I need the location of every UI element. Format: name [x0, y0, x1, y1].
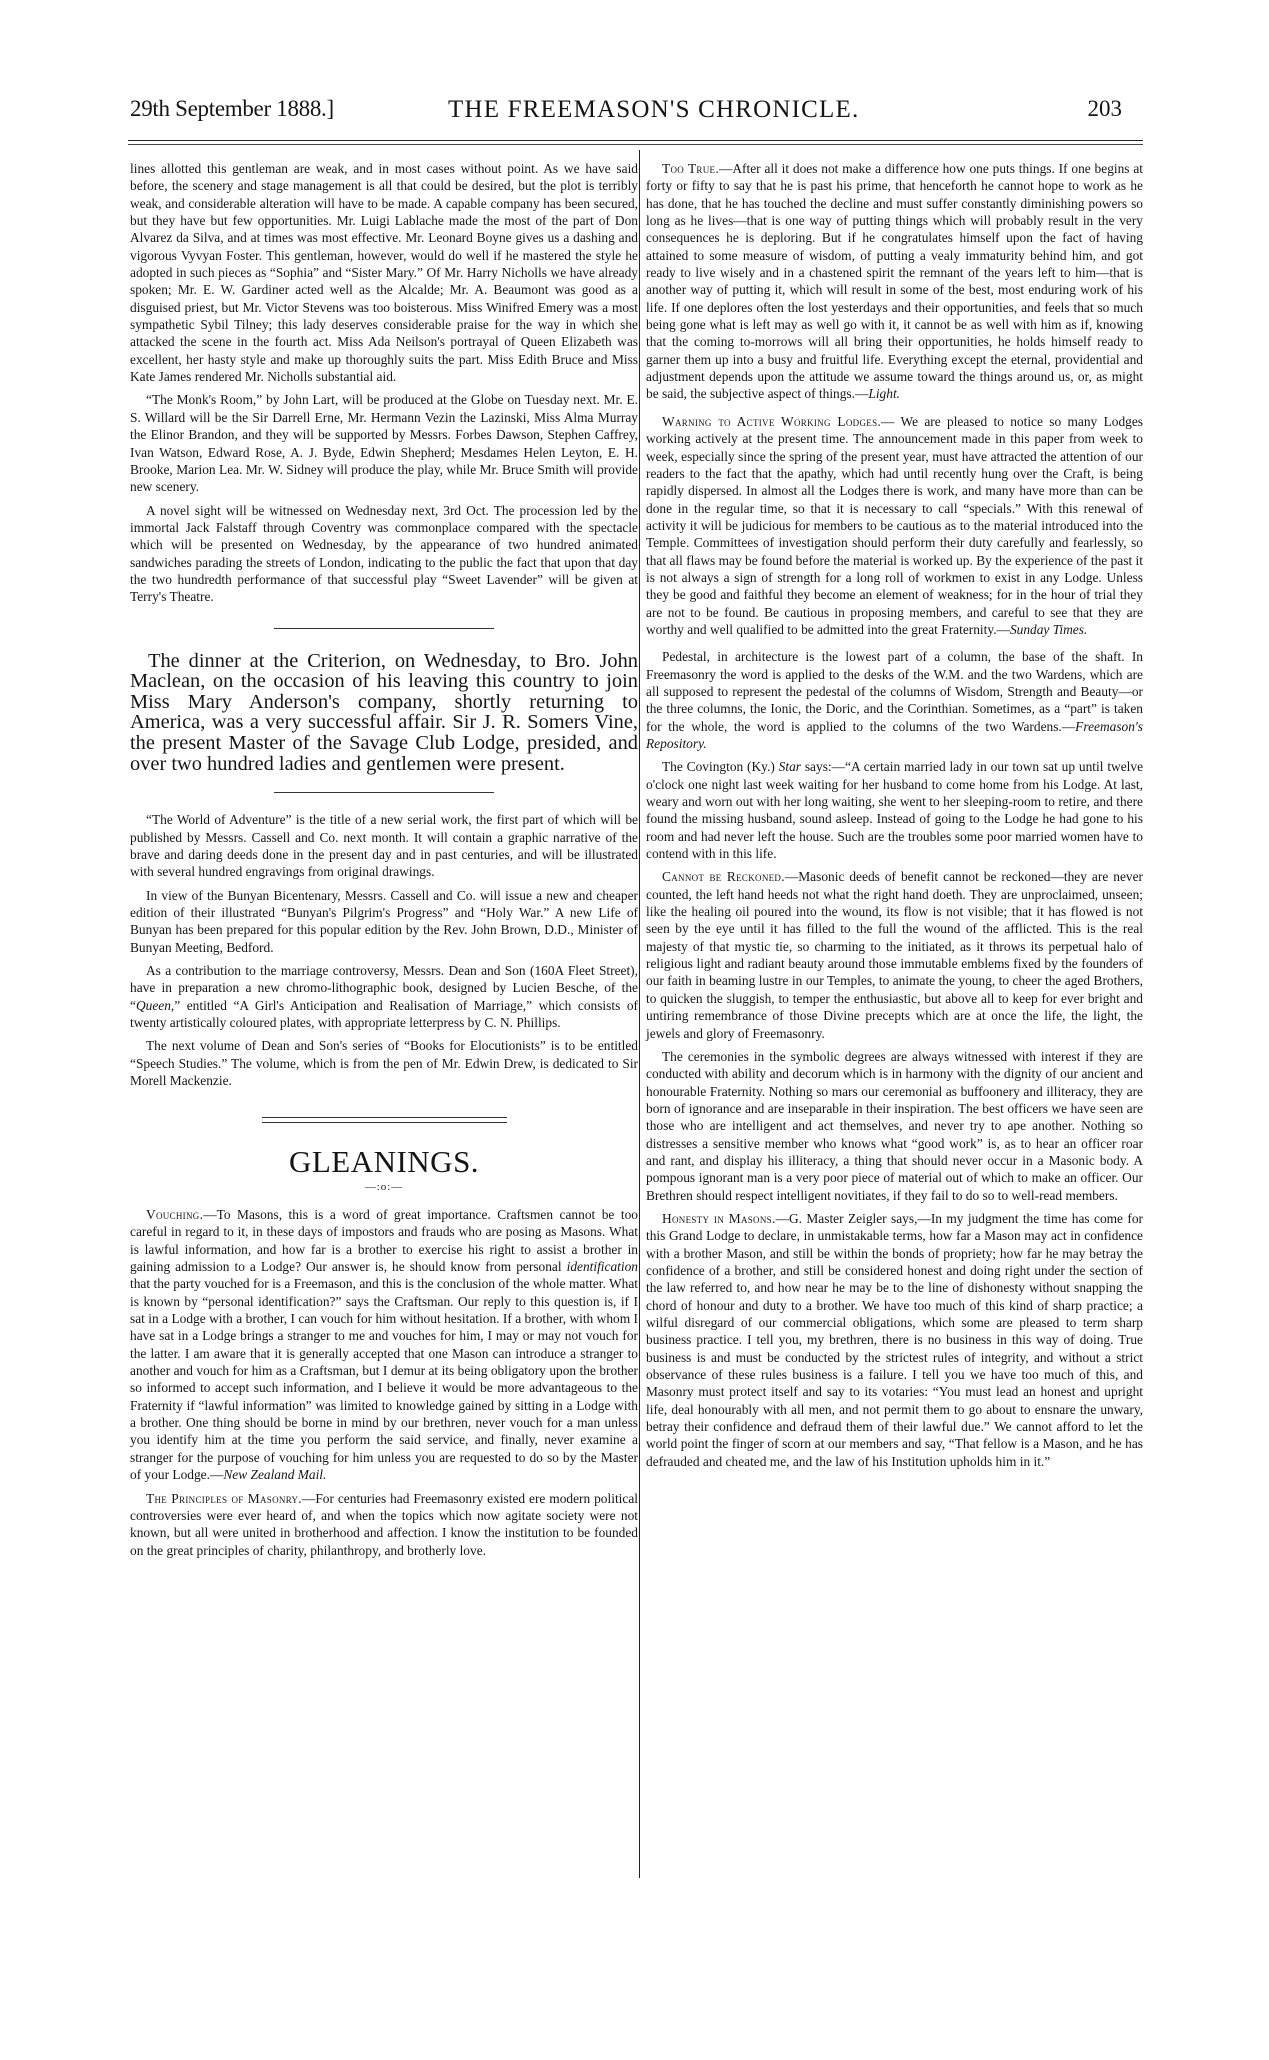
warning-text: — We are pleased to notice so many Lodge…	[646, 414, 1143, 637]
cannot-be-reckoned-heading: Cannot be Reckoned.	[662, 869, 785, 884]
header-rule	[128, 140, 1143, 141]
bunyan-bicentenary-note: In view of the Bunyan Bicentenary, Messr…	[130, 887, 638, 956]
warning-article: Warning to Active Working Lodges.— We ar…	[646, 413, 1143, 638]
vouching-italic: identification	[567, 1259, 638, 1274]
marriage-book-italic: Queen,	[136, 998, 174, 1013]
monks-room-notice: “The Monk's Room,” by John Lart, will be…	[130, 391, 638, 495]
gleanings-heading: GLEANINGS.	[130, 1153, 638, 1170]
covington-article: The Covington (Ky.) Star says:—“A certai…	[646, 758, 1143, 862]
honesty-article: Honesty in Masons.—G. Master Zeigler say…	[646, 1210, 1143, 1470]
double-rule-separator	[262, 1117, 507, 1123]
too-true-text: —After all it does not make a difference…	[646, 161, 1143, 401]
page-header: 29th September 1888.] THE FREEMASON'S CH…	[128, 96, 1144, 126]
vouching-source: New Zealand Mail.	[223, 1467, 326, 1482]
cannot-be-reckoned-article: Cannot be Reckoned.—Masonic deeds of ben…	[646, 868, 1143, 1041]
warning-source: Sunday Times.	[1010, 622, 1087, 637]
principles-heading: The Principles of Masonry.	[146, 1491, 302, 1506]
newspaper-page: 29th September 1888.] THE FREEMASON'S CH…	[0, 0, 1269, 2060]
section-separator	[274, 628, 494, 629]
left-column: lines allotted this gentleman are weak, …	[130, 160, 638, 1565]
ceremonies-article: The ceremonies in the symbolic degrees a…	[646, 1048, 1143, 1204]
too-true-heading: Too True.	[662, 161, 719, 176]
covington-text-b: says:—“A certain married lady in our tow…	[646, 759, 1143, 861]
right-column: Too True.—After all it does not make a d…	[646, 160, 1143, 1476]
section-separator	[274, 792, 494, 793]
ornament-divider: —:o:—	[130, 1179, 638, 1196]
honesty-text: —G. Master Zeigler says,—In my judgment …	[646, 1211, 1143, 1469]
elocution-note: The next volume of Dean and Son's series…	[130, 1037, 638, 1089]
cannot-be-reckoned-text: —Masonic deeds of benefit cannot be reck…	[646, 869, 1143, 1040]
vouching-text-a: —To Masons, this is a word of great impo…	[130, 1207, 638, 1274]
world-of-adventure-note: “The World of Adventure” is the title of…	[130, 811, 638, 880]
column-divider	[639, 150, 640, 1878]
too-true-source: Light.	[868, 386, 900, 401]
marriage-book-text-b: ” entitled “A Girl's Anticipation and Re…	[130, 998, 638, 1030]
marriage-book-note: As a contribution to the marriage contro…	[130, 962, 638, 1031]
page-number: 203	[1088, 96, 1123, 122]
covington-text-a: The Covington (Ky.)	[662, 759, 779, 774]
theatre-review-continuation: lines allotted this gentleman are weak, …	[130, 160, 638, 385]
vouching-text-b: that the party vouched for is a Freemaso…	[130, 1276, 638, 1482]
warning-heading: Warning to Active Working Lodges.	[662, 414, 881, 429]
too-true-article: Too True.—After all it does not make a d…	[646, 160, 1143, 403]
principles-article: The Principles of Masonry.—For centuries…	[130, 1490, 638, 1559]
vouching-heading: Vouching.	[146, 1207, 203, 1222]
pedestal-text: Pedestal, in architecture is the lowest …	[646, 649, 1143, 733]
novel-sight-notice: A novel sight will be witnessed on Wedne…	[130, 502, 638, 606]
covington-italic: Star	[779, 759, 801, 774]
issue-date: 29th September 1888.]	[130, 96, 334, 122]
publication-title: THE FREEMASON'S CHRONICLE.	[448, 96, 859, 124]
pedestal-article: Pedestal, in architecture is the lowest …	[646, 648, 1143, 752]
dinner-notice: The dinner at the Criterion, on Wednesda…	[130, 651, 638, 775]
honesty-heading: Honesty in Masons.	[662, 1211, 776, 1226]
header-rule-secondary	[128, 144, 1143, 145]
vouching-article: Vouching.—To Masons, this is a word of g…	[130, 1206, 638, 1484]
